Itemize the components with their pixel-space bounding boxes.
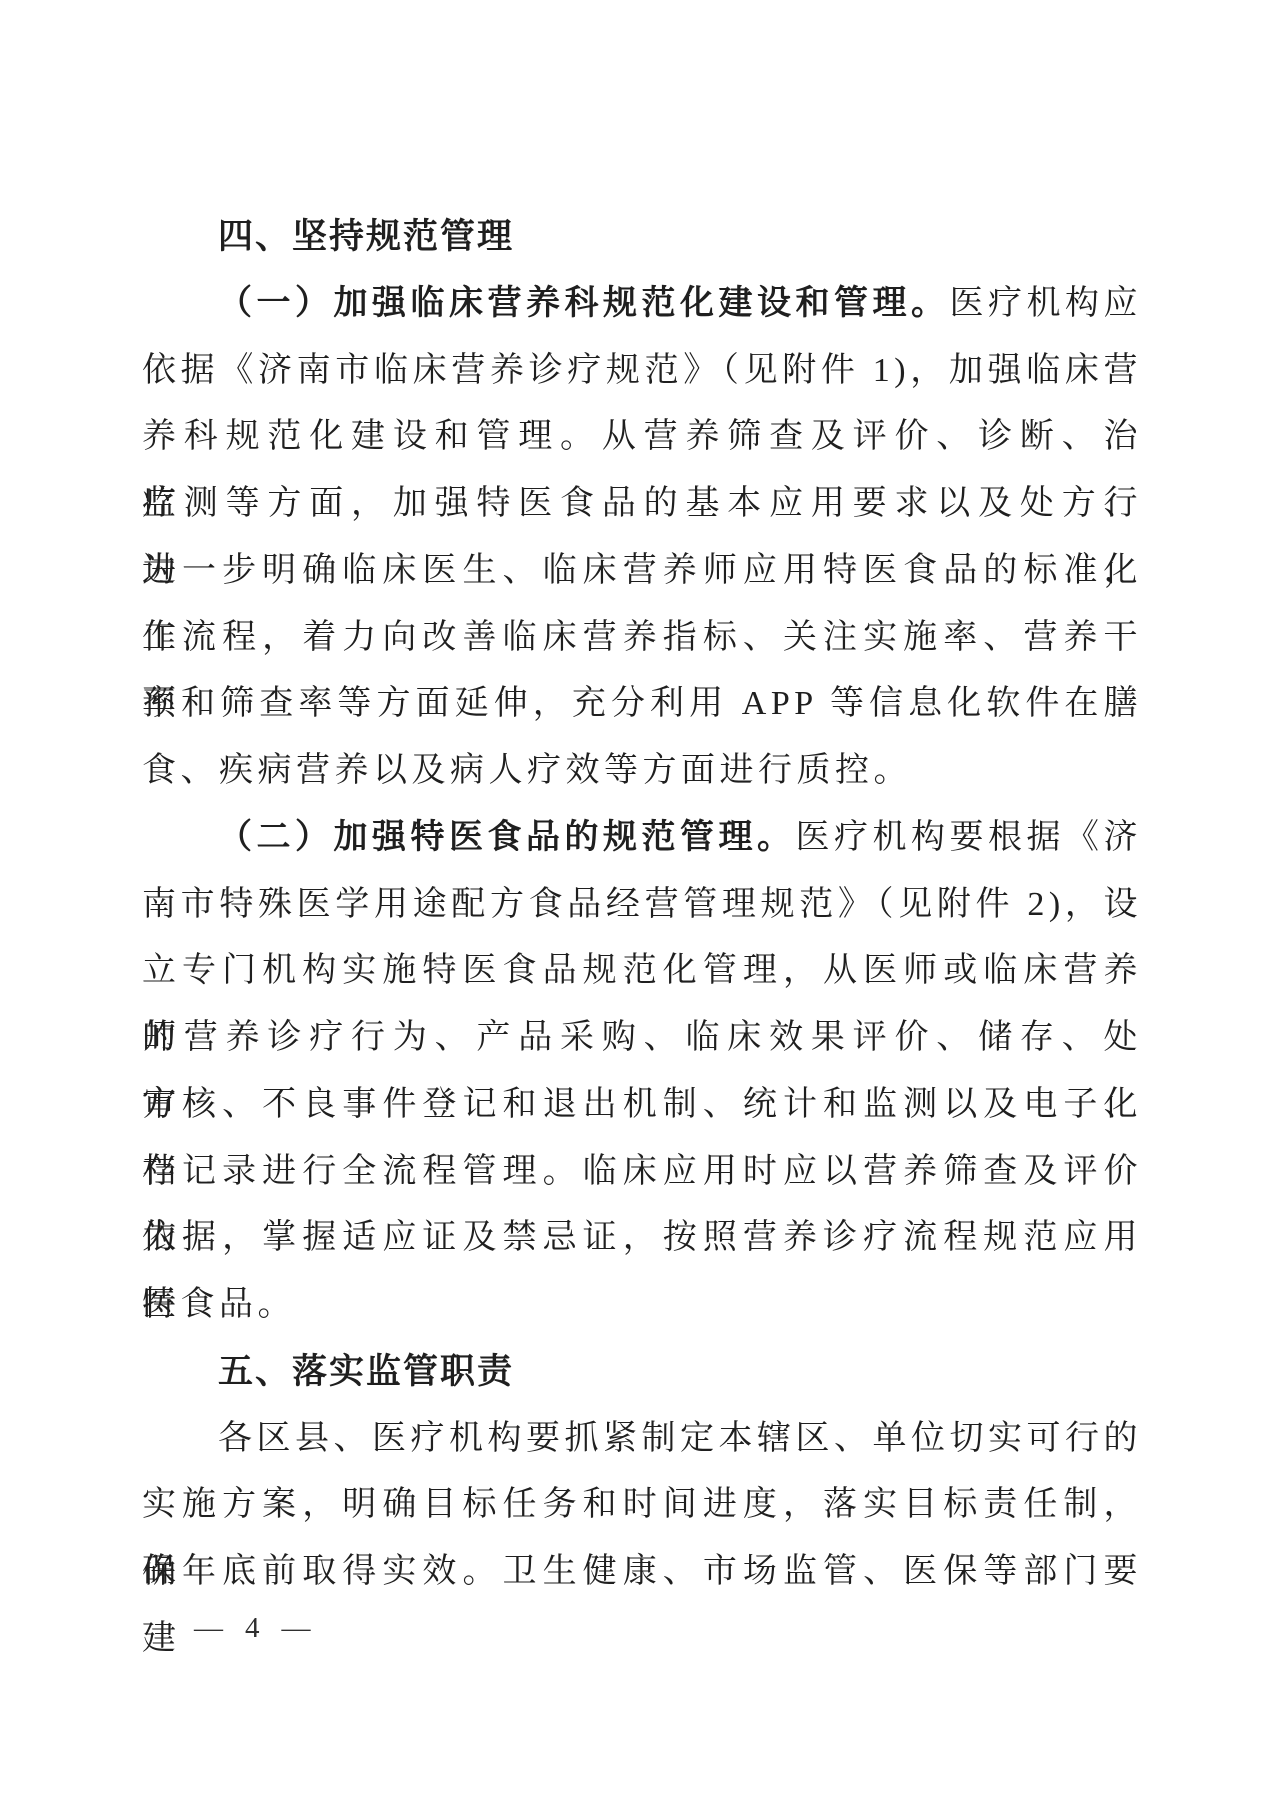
body-text: 率和筛查率等方面延伸，充分利用 APP 等信息化软件在膳 <box>142 685 1142 722</box>
emphasis-text: 四、坚持规范管理 <box>218 217 514 256</box>
text-line: 食、疾病营养以及病人疗效等方面进行质控。 <box>142 738 1142 805</box>
document-body: 四、坚持规范管理（一）加强临床营养科规范化建设和管理。医疗机构应依据《济南市临床… <box>142 204 1142 1606</box>
body-text: 医疗机构要根据《济 <box>796 819 1143 856</box>
text-line: （二）加强特医食品的规范管理。医疗机构要根据《济 <box>142 805 1142 872</box>
text-line: 养科规范化建设和管理。从营养筛查及评价、诊断、治疗、 <box>142 404 1142 471</box>
text-line: 实施方案，明确目标任务和时间进度，落实目标责任制，确 <box>142 1472 1142 1539</box>
body-text: 医食品。 <box>142 1286 296 1323</box>
text-line: 监测等方面，加强特医食品的基本应用要求以及处方行为， <box>142 471 1142 538</box>
text-line: （一）加强临床营养科规范化建设和管理。医疗机构应 <box>142 271 1142 338</box>
page-number-right-dash: — <box>282 1606 311 1650</box>
text-line: 南市特殊医学用途配方食品经营管理规范》（见附件 2)，设 <box>142 872 1142 939</box>
body-text: 南市特殊医学用途配方食品经营管理规范》（见附件 2)，设 <box>142 886 1142 923</box>
text-line: 审核、不良事件登记和退出机制、统计和监测以及电子化存 <box>142 1072 1142 1139</box>
page-number-left-dash: — <box>194 1606 223 1650</box>
document-page: 四、坚持规范管理（一）加强临床营养科规范化建设和管理。医疗机构应依据《济南市临床… <box>0 0 1280 1810</box>
text-line: 依据，掌握适应证及禁忌证，按照营养诊疗流程规范应用特 <box>142 1205 1142 1272</box>
body-text: 食、疾病营养以及病人疗效等方面进行质控。 <box>142 752 912 789</box>
text-line: 率和筛查率等方面延伸，充分利用 APP 等信息化软件在膳 <box>142 671 1142 738</box>
text-line: 作流程，着力向改善临床营养指标、关注实施率、营养干预 <box>142 605 1142 672</box>
text-line: 进一步明确临床医生、临床营养师应用特医食品的标准化工 <box>142 538 1142 605</box>
section-heading: 五、落实监管职责 <box>142 1339 1142 1406</box>
section-heading: 四、坚持规范管理 <box>142 204 1142 271</box>
body-text: 依据《济南市临床营养诊疗规范》（见附件 1)，加强临床营 <box>142 352 1142 389</box>
body-text: 各区县、医疗机构要抓紧制定本辖区、单位切实可行的 <box>218 1420 1142 1457</box>
text-line: 档记录进行全流程管理。临床应用时应以营养筛查及评价为 <box>142 1139 1142 1206</box>
text-line: 保年底前取得实效。卫生健康、市场监管、医保等部门要建 <box>142 1539 1142 1606</box>
emphasis-text: （二）加强特医食品的规范管理。 <box>218 819 796 856</box>
emphasis-text: 五、落实监管职责 <box>218 1352 514 1391</box>
text-line: 立专门机构实施特医食品规范化管理，从医师或临床营养师 <box>142 938 1142 1005</box>
page-number: 4 <box>245 1606 260 1650</box>
text-line: 医食品。 <box>142 1272 1142 1339</box>
emphasis-text: （一）加强临床营养科规范化建设和管理。 <box>218 285 950 322</box>
text-line: 各区县、医疗机构要抓紧制定本辖区、单位切实可行的 <box>142 1406 1142 1473</box>
body-text: 医疗机构应 <box>950 285 1143 322</box>
text-line: 依据《济南市临床营养诊疗规范》（见附件 1)，加强临床营 <box>142 338 1142 405</box>
text-line: 的营养诊疗行为、产品采购、临床效果评价、储存、处方、 <box>142 1005 1142 1072</box>
page-footer: —4— <box>194 1606 311 1650</box>
